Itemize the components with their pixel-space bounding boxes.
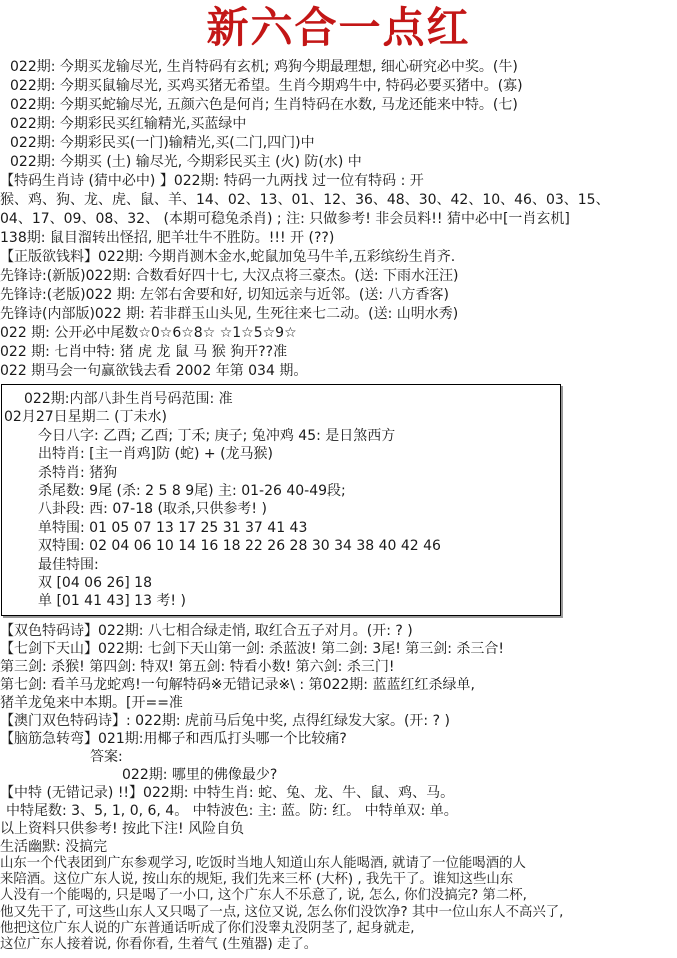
- shengxiao-poem-header: 【特码生肖诗 (猜中必中) 】022期: 特码一九两找 过一位有特码 : 开: [0, 172, 677, 191]
- tip-line: 022期: 今期彩民买(一门)输精光,买(二门,四门)中: [0, 134, 677, 153]
- bagua-best-even: 双 [04 06 26] 18: [2, 574, 560, 592]
- bagua-line: 八卦段: 西: 07-18 (取杀,只供参考! ): [2, 500, 560, 518]
- xianfengshi-line: 先锋诗(内部版)022 期: 若非群玉山头见, 生死往来七二动。(送: 山明水秀…: [0, 305, 677, 324]
- bagua-box: 022期:内部八卦生肖号码范围: 准 02月27日星期二 (丁未水) 今日八字:…: [1, 384, 561, 616]
- tip-line: 138期: 鼠目溜转出怪招, 肥羊壮牛不胜防。!!! 开 (??): [0, 229, 677, 248]
- humor-line: 人没有一个能喝的, 只是喝了一小口, 这个广东人不乐意了, 说, 怎么, 你们没…: [0, 888, 677, 904]
- tail-numbers-line: 022 期: 公开必中尾数☆0☆6☆8☆ ☆1☆5☆9☆: [0, 324, 677, 343]
- xianfengshi-line: 先锋诗:(新版)022期: 合数看好四十七, 大汉点将三豪杰。(送: 下雨水汪汪…: [0, 267, 677, 286]
- aomen-poem-line: 【澳门双色特码诗】: 022期: 虎前马后兔中奖, 点得红绿发大家。(开: ? …: [0, 712, 677, 730]
- page-title: 新六合一点红: [0, 2, 677, 54]
- bagua-line: 杀尾数: 9尾 (杀: 2 5 8 9尾) 主: 01-26 40-49段;: [2, 482, 560, 500]
- humor-header: 生活幽默: 没搞完: [0, 838, 677, 856]
- bagua-even-numbers: 双特围: 02 04 06 10 14 16 18 22 26 28 30 34…: [2, 537, 560, 555]
- qijian-line: 第三剑: 杀猴! 第四剑: 特双! 第五剑: 特看小数! 第六剑: 杀三门!: [0, 658, 677, 676]
- zhongte-line: 【中特 (无错记录) !!】022期: 中特生肖: 蛇、兔、龙、牛、鼠、鸡、马。: [0, 784, 677, 802]
- bagua-line: 022期:内部八卦生肖号码范围: 准: [2, 390, 560, 408]
- tips-section: 022期: 今期买龙输尽光, 生肖特码有玄机; 鸡狗今期最理想, 细心研究必中奖…: [0, 58, 677, 381]
- bagua-line: 杀特肖: 猪狗: [2, 464, 560, 482]
- mahui-line: 022 期马会一句赢欲钱去看 2002 年第 034 期。: [0, 362, 677, 381]
- bagua-line: 出特肖: [主一肖鸡]防 (蛇) + (龙马猴): [2, 445, 560, 463]
- disclaimer-line: 以上资料只供参考! 按此下注! 风险自负: [0, 820, 677, 838]
- humor-story: 山东一个代表团到广东参观学习, 吃饭时当地人知道山东人能喝酒, 就请了一位能喝酒…: [0, 856, 677, 953]
- humor-line: 这位广东人接着说, 你看你看, 生着气 (生殖器) 走了。: [0, 937, 677, 953]
- humor-line: 他又先干了, 可这些山东人又只喝了一点, 这位又说, 怎么你们没饮净? 其中一位…: [0, 905, 677, 921]
- tip-line: 022期: 今期买龙输尽光, 生肖特码有玄机; 鸡狗今期最理想, 细心研究必中奖…: [0, 58, 677, 77]
- tip-line: 022期: 今期买鼠输尽光, 买鸡买猪无希望。生肖今期鸡牛中, 特码必要买猪中。…: [0, 77, 677, 96]
- zhongte-line: 中特尾数: 3、5, 1, 0, 6, 4。 中特波色: 主: 蓝。防: 红。 …: [0, 802, 677, 820]
- lottery-tip-sheet: 新六合一点红 022期: 今期买龙输尽光, 生肖特码有玄机; 鸡狗今期最理想, …: [0, 0, 677, 958]
- riddle-next-question: 022期: 哪里的佛像最少?: [0, 766, 677, 784]
- xianfengshi-line: 先锋诗:(老版)022 期: 左邻右舍要和好, 切知远亲与近邻。(送: 八方香客…: [0, 286, 677, 305]
- yuqianliao-line: 【正版欲钱料】022期: 今期肖测木金水,蛇鼠加兔马牛羊,五彩缤纷生肖齐.: [0, 248, 677, 267]
- bagua-date-line: 02月27日星期二 (丁未水): [2, 408, 560, 426]
- qijian-line: 第七剑: 看羊马龙蛇鸡!一句解特码※无错记录※\ : 第022期: 蓝蓝红红杀绿…: [0, 676, 677, 694]
- qijian-line: 猪羊龙兔来中本期。[开==准: [0, 694, 677, 712]
- shuangse-poem-line: 【双色特码诗】022期: 八七相合绿走悄, 取红合五子对月。(开: ? ): [0, 622, 677, 640]
- shengxiao-numbers-line: 04、17、09、08、32、 (本期可稳兔杀肖) ; 注: 只做参考! 非会员…: [0, 210, 677, 229]
- tip-line: 022期: 今期买 (土) 输尽光, 今期彩民买主 (火) 防(水) 中: [0, 153, 677, 172]
- riddle-answer-label: 答案:: [0, 748, 677, 766]
- poems-section: 【双色特码诗】022期: 八七相合绿走悄, 取红合五子对月。(开: ? ) 【七…: [0, 622, 677, 856]
- humor-line: 山东一个代表团到广东参观学习, 吃饭时当地人知道山东人能喝酒, 就请了一位能喝酒…: [0, 856, 677, 872]
- riddle-question: 【脑筋急转弯】021期:用椰子和西瓜打头哪一个比较痛?: [0, 730, 677, 748]
- bagua-best-odd: 单 [01 41 43] 13 考! ): [2, 592, 560, 610]
- tip-line: 022期: 今期彩民买红输精光,买蓝绿中: [0, 115, 677, 134]
- bagua-line: 今日八字: 乙酉; 乙酉; 丁禾; 庚子; 兔冲鸡 45: 是日煞西方: [2, 427, 560, 445]
- qijian-line: 【七剑下天山】022期: 七剑下天山第一剑: 杀蓝波! 第二剑: 3尾! 第三剑…: [0, 640, 677, 658]
- bagua-odd-numbers: 单特围: 01 05 07 13 17 25 31 37 41 43: [2, 519, 560, 537]
- tip-line: 022期: 今期买蛇输尽光, 五颜六色是何肖; 生肖特码在水数, 马龙还能来中特…: [0, 96, 677, 115]
- seven-animals-line: 022 期: 七肖中特: 猪 虎 龙 鼠 马 猴 狗开??准: [0, 343, 677, 362]
- bagua-line: 最佳特围:: [2, 556, 560, 574]
- shengxiao-numbers-line: 猴、鸡、狗、龙、虎、鼠、羊、14、02、13、01、12、36、48、30、42…: [0, 191, 677, 210]
- humor-line: 他把这位广东人说的广东普通话听成了你们没睾丸没阴茎了, 起身就走,: [0, 921, 677, 937]
- humor-line: 来陪酒。这位广东人说, 按山东的规矩, 我们先来三杯 (大杯) , 我先干了。谁…: [0, 872, 677, 888]
